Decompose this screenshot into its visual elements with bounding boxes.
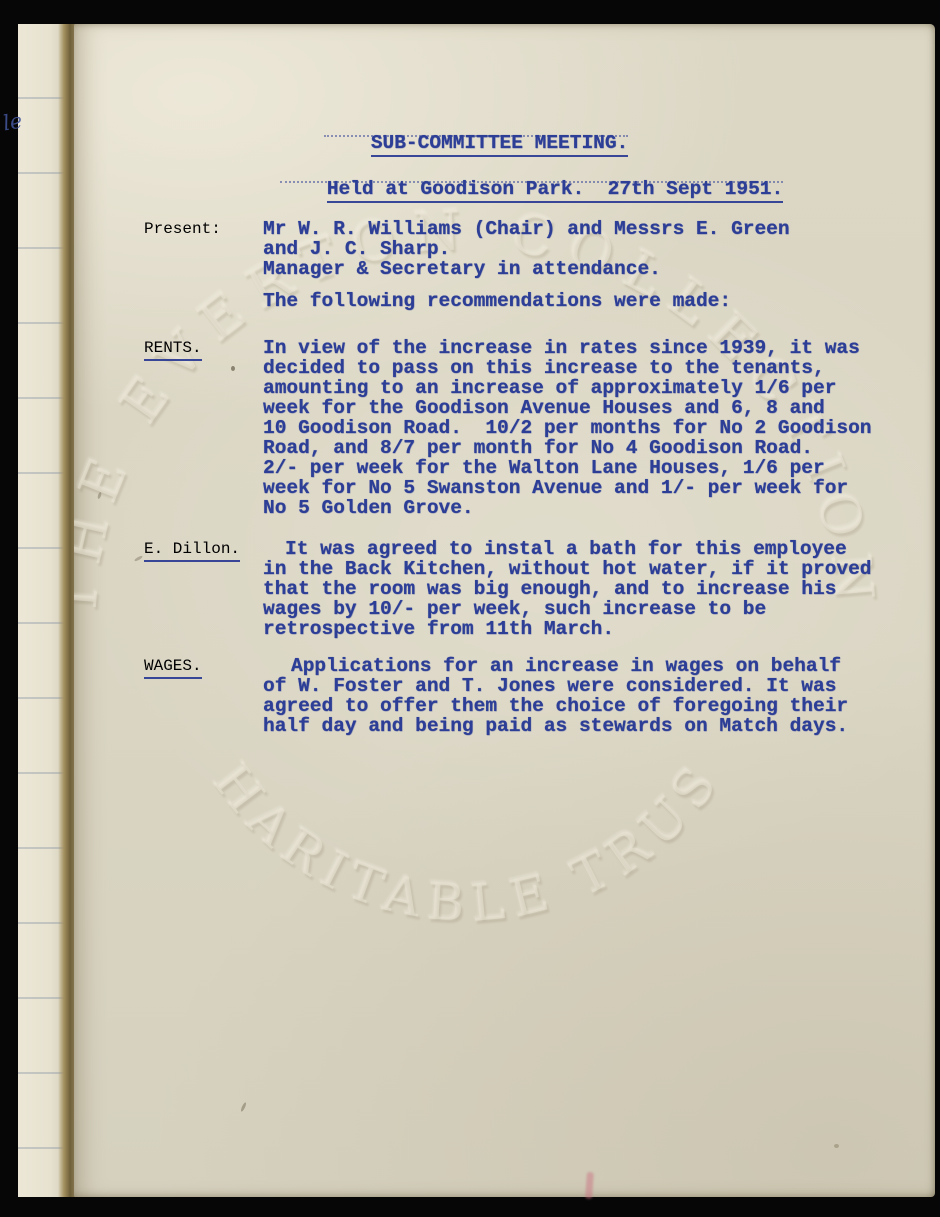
paper-speck: [240, 1102, 247, 1112]
document-page: THE EVERTON COLLECTION CHARITABLE TRUST …: [74, 24, 935, 1197]
section-line: No 5 Golden Grove.: [144, 498, 894, 518]
section-line: It was agreed to instal a bath for this …: [144, 539, 894, 559]
section-line: amounting to an increase of approximatel…: [144, 378, 894, 398]
section-line: wages by 10/- per week, such increase to…: [144, 599, 894, 619]
section-line: half day and being paid as stewards on M…: [144, 716, 894, 736]
handwritten-margin-note: le: [1, 109, 24, 136]
section-line: week for No 5 Swanston Avenue and 1/- pe…: [144, 478, 894, 498]
section-dillon: E. Dillon. It was agreed to instal a bat…: [144, 539, 894, 639]
section-line: In view of the increase in rates since 1…: [144, 338, 894, 358]
present-section: Present: Mr W. R. Williams (Chair) and M…: [144, 219, 894, 279]
present-line: and J. C. Sharp.: [144, 239, 894, 259]
photo-background: { "colors":{"ink":"#2d3e96","paper":"#da…: [0, 0, 940, 1217]
pink-ink-smudge: [585, 1172, 594, 1199]
section-rents: RENTS. In view of the increase in rates …: [144, 338, 894, 518]
page-title: SUB-COMMITTEE MEETING.: [324, 113, 628, 137]
section-dillon-label: E. Dillon.: [144, 539, 240, 562]
section-line: retrospective from 11th March.: [144, 619, 894, 639]
section-line: Applications for an increase in wages on…: [144, 656, 894, 676]
paper-speck: [97, 492, 102, 500]
section-line: week for the Goodison Avenue Houses and …: [144, 398, 894, 418]
section-line: of W. Foster and T. Jones were considere…: [144, 676, 894, 696]
meeting-date-text: Held at Goodison Park. 27th Sept 1951.: [327, 179, 783, 203]
section-line: 10 Goodison Road. 10/2 per months for No…: [144, 418, 894, 438]
section-line: Road, and 8/7 per month for No 4 Goodiso…: [144, 438, 894, 458]
section-line: 2/- per week for the Walton Lane Houses,…: [144, 458, 894, 478]
section-line: decided to pass on this increase to the …: [144, 358, 894, 378]
section-wages-label: WAGES.: [144, 656, 202, 679]
paper-speck: [134, 555, 143, 562]
page-title-text: SUB-COMMITTEE MEETING.: [371, 133, 628, 157]
section-line: that the room was big enough, and to inc…: [144, 579, 894, 599]
present-line: Mr W. R. Williams (Chair) and Messrs E. …: [144, 219, 894, 239]
meeting-date-line: Held at Goodison Park. 27th Sept 1951.: [280, 159, 783, 183]
present-line: Manager & Secretary in attendance.: [144, 259, 894, 279]
intro-line: The following recommendations were made:: [263, 291, 731, 311]
paper-speck: [834, 1144, 839, 1148]
section-line: in the Back Kitchen, without hot water, …: [144, 559, 894, 579]
section-rents-label: RENTS.: [144, 338, 202, 361]
section-wages: WAGES. Applications for an increase in w…: [144, 656, 894, 736]
section-line: agreed to offer them the choice of foreg…: [144, 696, 894, 716]
present-label: Present:: [144, 219, 221, 240]
